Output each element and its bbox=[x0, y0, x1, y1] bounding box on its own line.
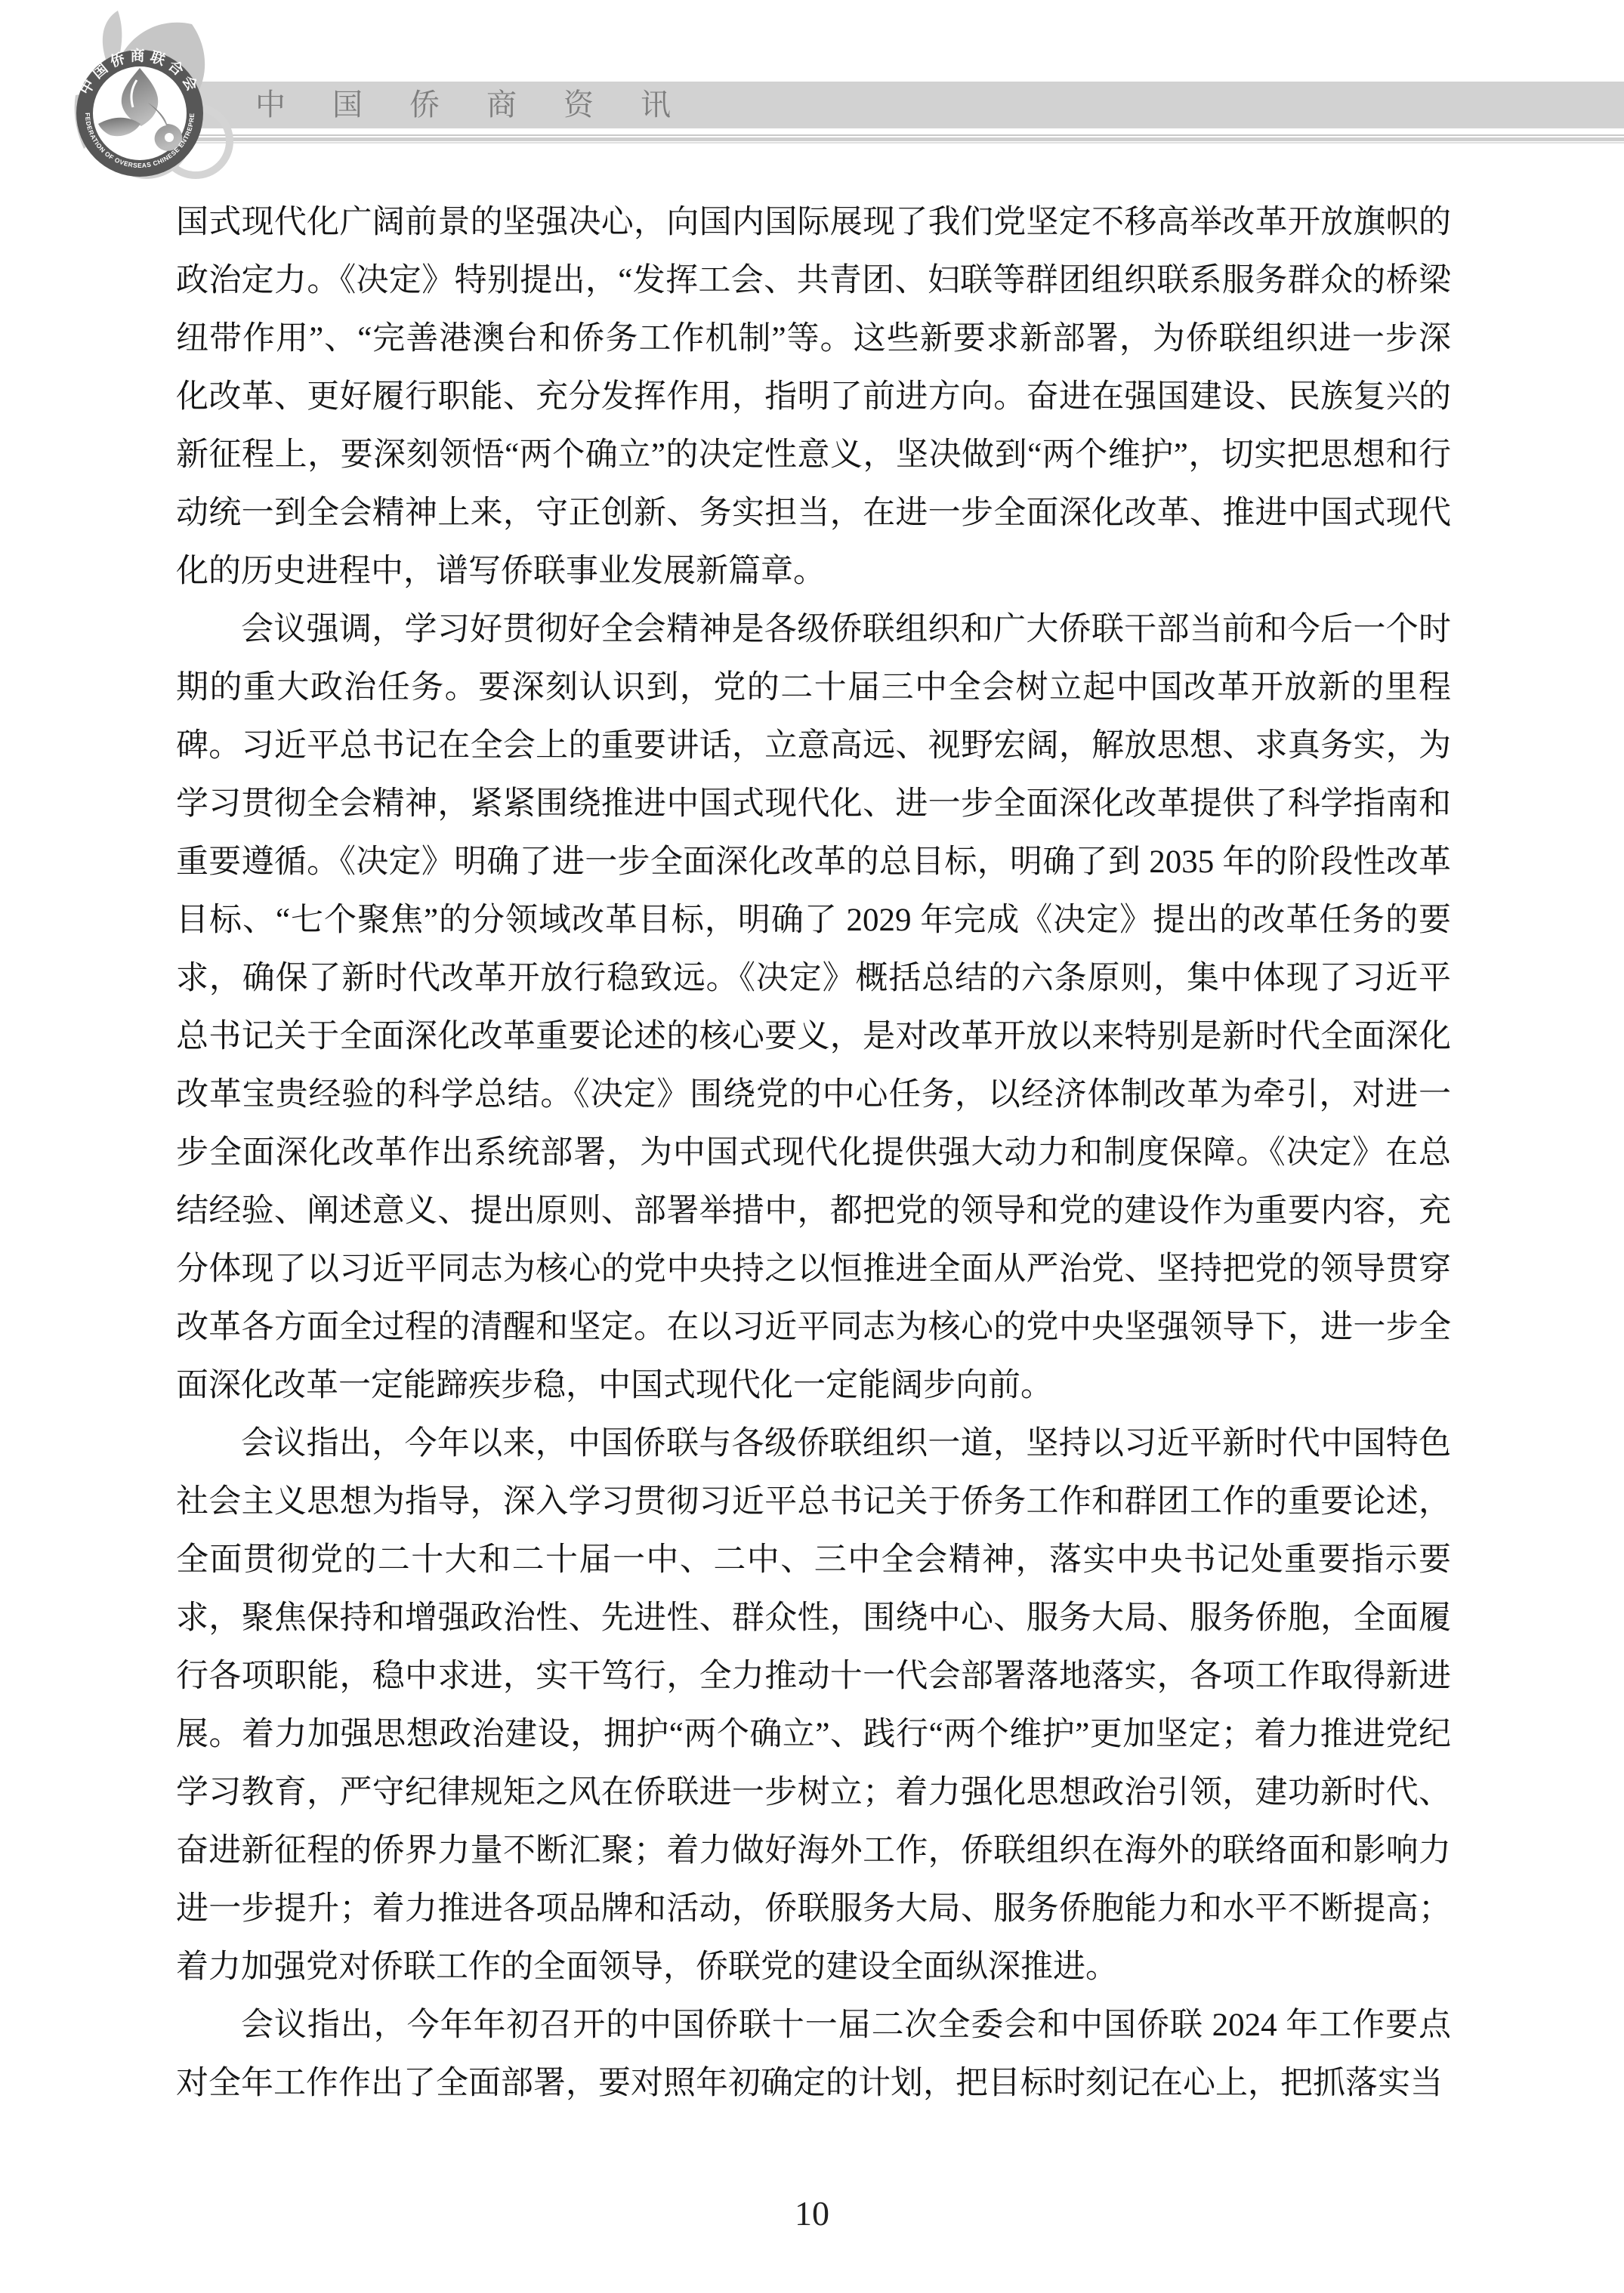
publication-title: 中国侨商资讯 bbox=[255, 82, 718, 128]
organization-logo-icon: 中国侨商联合会 CHINA FEDERATION OF OVERSEAS CHI… bbox=[36, 3, 240, 184]
header-rule-lines bbox=[193, 134, 1624, 144]
body-paragraph: 会议强调，学习好贯彻好全会精神是各级侨联组织和广大侨联干部当前和今后一个时期的重… bbox=[176, 600, 1451, 1415]
body-paragraph: 国式现代化广阔前景的坚强决心，向国内国际展现了我们党坚定不移高举改革开放旗帜的政… bbox=[176, 193, 1451, 600]
body-paragraph: 会议指出，今年年初召开的中国侨联十一届二次全委会和中国侨联 2024 年工作要点… bbox=[176, 1996, 1451, 2112]
article-text: 国式现代化广阔前景的坚强决心，向国内国际展现了我们党坚定不移高举改革开放旗帜的政… bbox=[176, 193, 1451, 2112]
page-number: 10 bbox=[0, 2193, 1624, 2233]
body-paragraph: 会议指出，今年以来，中国侨联与各级侨联组织一道，坚持以习近平新时代中国特色社会主… bbox=[176, 1415, 1451, 1996]
document-page: 中国侨商资讯 中国侨商 bbox=[0, 0, 1624, 2293]
